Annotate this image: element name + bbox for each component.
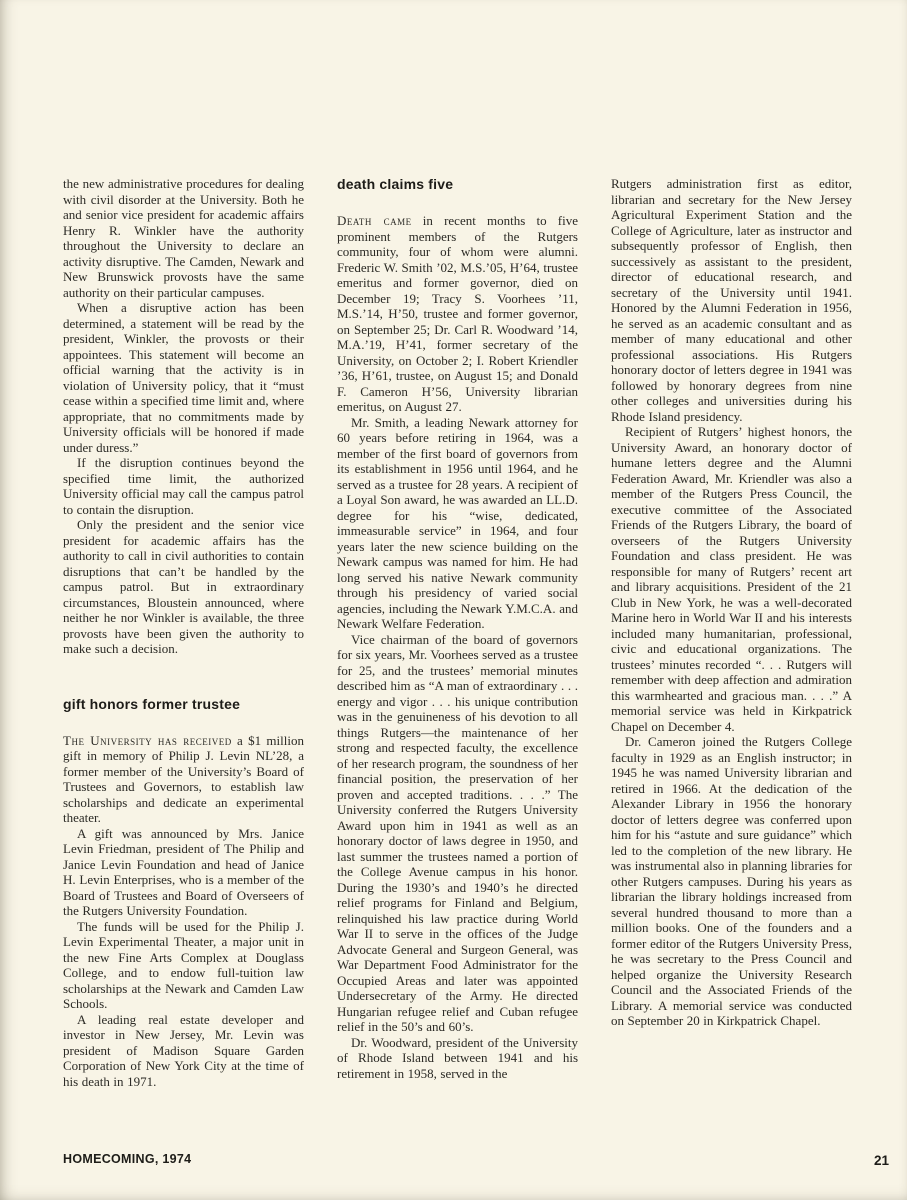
text-column-2: death claims fiveDeath came in recent mo…	[337, 176, 578, 1089]
small-caps-lead: Death came	[337, 213, 412, 228]
paragraph: Only the president and the senior vice p…	[63, 517, 304, 657]
paragraph: Rutgers administration first as editor, …	[611, 176, 852, 424]
section-heading: death claims five	[337, 177, 578, 192]
paragraph: The University has received a $1 million…	[63, 733, 304, 826]
magazine-page: the new administrative procedures for de…	[0, 0, 907, 1200]
text-column-3: Rutgers administration first as editor, …	[611, 176, 852, 1089]
page-number: 21	[874, 1153, 889, 1168]
small-caps-lead: The University has received	[63, 733, 232, 748]
paragraph: Vice chairman of the board of governors …	[337, 632, 578, 1035]
paragraph: Mr. Smith, a leading Newark attorney for…	[337, 415, 578, 632]
paragraph: Dr. Woodward, president of the Universit…	[337, 1035, 578, 1082]
paragraph: A leading real estate developer and inve…	[63, 1012, 304, 1090]
paragraph: Death came in recent months to five prom…	[337, 213, 578, 415]
section-heading: gift honors former trustee	[63, 697, 304, 712]
paragraph: Recipient of Rutgers’ highest honors, th…	[611, 424, 852, 734]
article-columns: the new administrative procedures for de…	[63, 176, 853, 1089]
paragraph: When a disruptive action has been determ…	[63, 300, 304, 455]
footer-journal-title: HOMECOMING, 1974	[63, 1152, 191, 1166]
paragraph: Dr. Cameron joined the Rutgers College f…	[611, 734, 852, 1029]
text-column-1: the new administrative procedures for de…	[63, 176, 304, 1089]
paragraph: the new administrative procedures for de…	[63, 176, 304, 300]
paragraph: If the disruption continues beyond the s…	[63, 455, 304, 517]
paragraph: The funds will be used for the Philip J.…	[63, 919, 304, 1012]
paragraph: A gift was announced by Mrs. Janice Levi…	[63, 826, 304, 919]
